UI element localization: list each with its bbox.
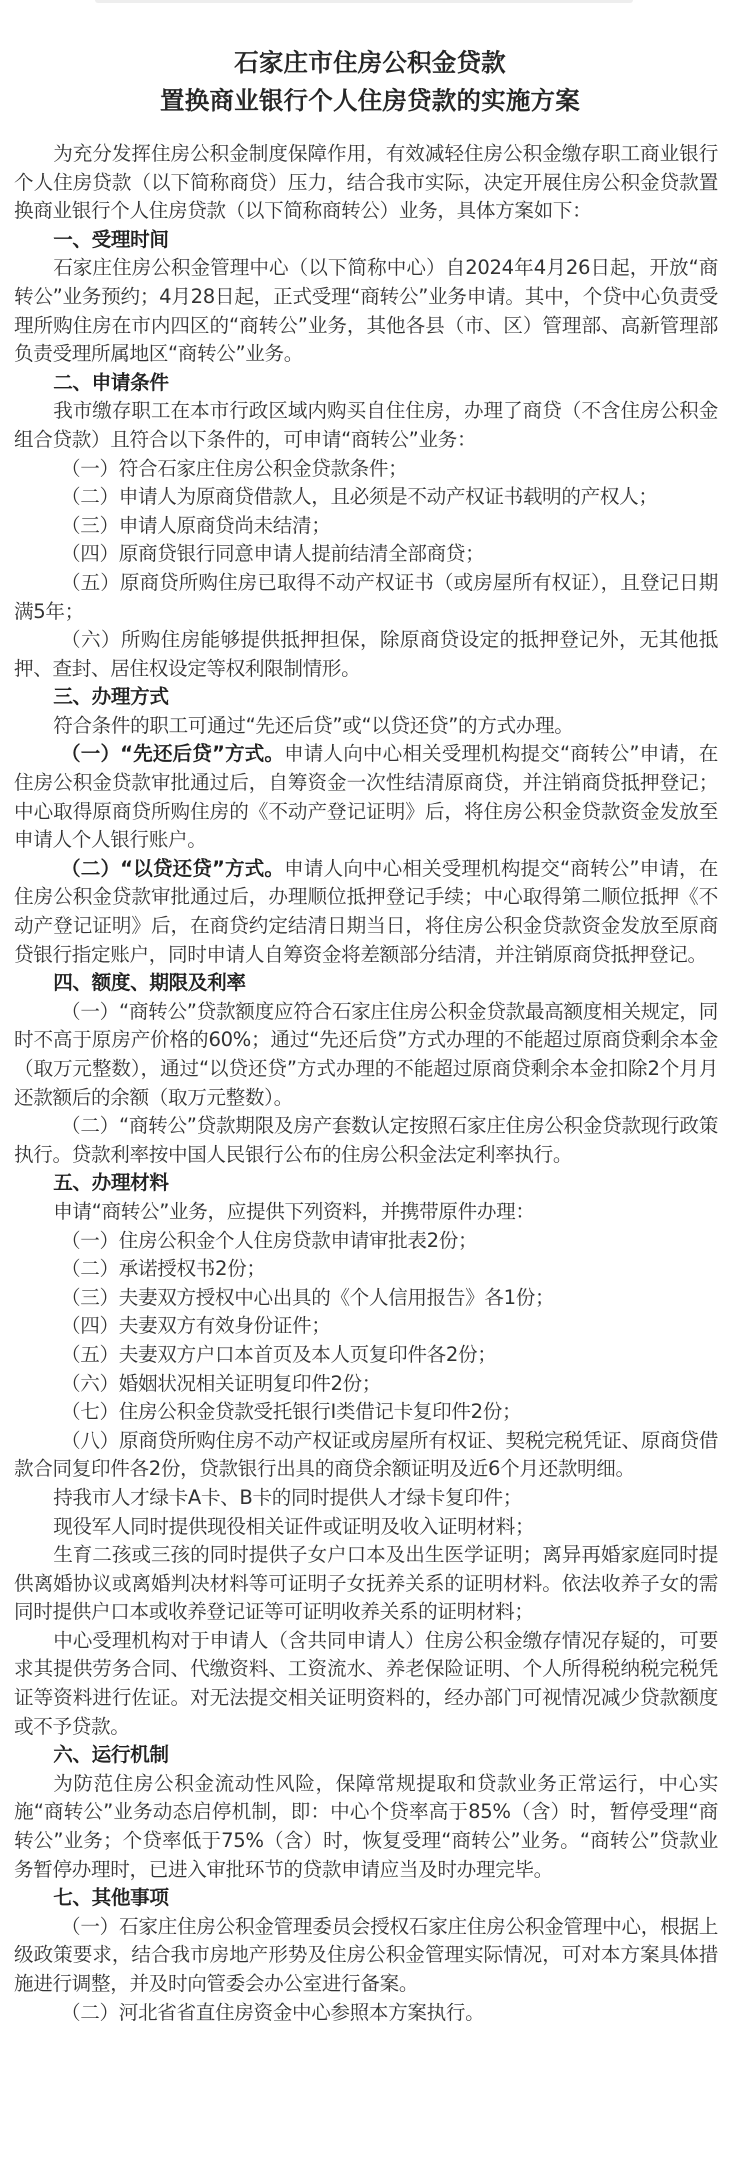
document-title: 石家庄市住房公积金贷款 置换商业银行个人住房贷款的实施方案 [0,44,740,120]
method-label: （一）“先还后贷”方式。 [61,742,284,765]
paragraph: 现役军人同时提供现役相关证件或证明及收入证明材料； [14,1513,718,1542]
list-item: （三）夫妻双方授权中心出具的《个人信用报告》各1份； [14,1284,718,1313]
method-repay-then-loan: （一）“先还后贷”方式。申请人向中心相关受理机构提交“商转公”申请，在住房公积金… [14,740,718,854]
paragraph: 为防范住房公积金流动性风险，保障常规提取和贷款业务正常运行，中心实施“商转公”业… [14,1770,718,1884]
top-scroll-bar [95,0,633,3]
document-body: 为充分发挥住房公积金制度保障作用，有效减轻住房公积金缴存职工商业银行个人住房贷款… [14,140,718,2027]
paragraph: （二）“商转公”贷款期限及房产套数认定按照石家庄住房公积金贷款现行政策执行。贷款… [14,1112,718,1169]
method-loan-to-repay: （二）“以贷还贷”方式。申请人向中心相关受理机构提交“商转公”申请，在住房公积金… [14,855,718,969]
section-heading-limits-rates: 四、额度、期限及利率 [14,969,718,998]
list-item: （一）住房公积金个人住房贷款申请审批表2份； [14,1227,718,1256]
list-item: （二）承诺授权书2份； [14,1255,718,1284]
intro-paragraph: 为充分发挥住房公积金制度保障作用，有效减轻住房公积金缴存职工商业银行个人住房贷款… [14,140,718,226]
section-heading-operating-mechanism: 六、运行机制 [14,1741,718,1770]
paragraph: （二）河北省省直住房资金中心参照本方案执行。 [14,1999,718,2028]
paragraph: 生育二孩或三孩的同时提供子女户口本及出生医学证明；离异再婚家庭同时提供离婚协议或… [14,1541,718,1627]
section-heading-acceptance-time: 一、受理时间 [14,226,718,255]
list-item: （五）夫妻双方户口本首页及本人页复印件各2份； [14,1341,718,1370]
paragraph: 持我市人才绿卡A卡、B卡的同时提供人才绿卡复印件； [14,1484,718,1513]
list-item: （二）申请人为原商贷借款人，且必须是不动产权证书载明的产权人； [14,483,718,512]
paragraph: （一）“商转公”贷款额度应符合石家庄住房公积金贷款最高额度相关规定，同时不高于原… [14,998,718,1112]
section-heading-methods: 三、办理方式 [14,683,718,712]
section-heading-conditions: 二、申请条件 [14,369,718,398]
section-heading-materials: 五、办理材料 [14,1169,718,1198]
title-line-1: 石家庄市住房公积金贷款 [0,44,740,82]
title-line-2: 置换商业银行个人住房贷款的实施方案 [0,82,740,120]
list-item: （四）原商贷银行同意申请人提前结清全部商贷； [14,540,718,569]
paragraph: 我市缴存职工在本市行政区域内购买自住住房，办理了商贷（不含住房公积金组合贷款）且… [14,397,718,454]
list-item: （三）申请人原商贷尚未结清； [14,512,718,541]
list-item: （六）所购住房能够提供抵押担保，除原商贷设定的抵押登记外，无其他抵押、查封、居住… [14,626,718,683]
list-item: （八）原商贷所购住房不动产权证或房屋所有权证、契税完税凭证、原商贷借款合同复印件… [14,1427,718,1484]
paragraph: 石家庄住房公积金管理中心（以下简称中心）自2024年4月26日起，开放“商转公”… [14,254,718,368]
paragraph: （一）石家庄住房公积金管理委员会授权石家庄住房公积金管理中心，根据上级政策要求，… [14,1913,718,1999]
section-heading-other-matters: 七、其他事项 [14,1884,718,1913]
paragraph: 申请“商转公”业务，应提供下列资料，并携带原件办理： [14,1198,718,1227]
list-item: （五）原商贷所购住房已取得不动产权证书（或房屋所有权证），且登记日期满5年； [14,569,718,626]
list-item: （四）夫妻双方有效身份证件； [14,1312,718,1341]
paragraph: 符合条件的职工可通过“先还后贷”或“以贷还贷”的方式办理。 [14,712,718,741]
paragraph: 中心受理机构对于申请人（含共同申请人）住房公积金缴存情况存疑的，可要求其提供劳务… [14,1627,718,1741]
list-item: （六）婚姻状况相关证明复印件2份； [14,1370,718,1399]
list-item: （一）符合石家庄住房公积金贷款条件； [14,455,718,484]
list-item: （七）住房公积金贷款受托银行I类借记卡复印件2份； [14,1398,718,1427]
method-label: （二）“以贷还贷”方式。 [61,857,284,880]
